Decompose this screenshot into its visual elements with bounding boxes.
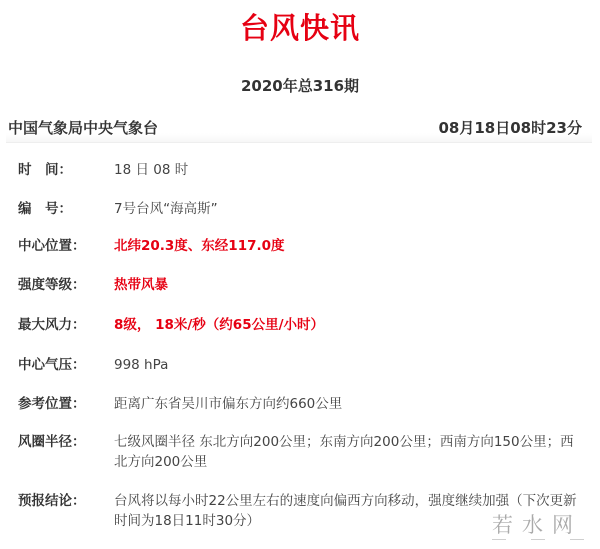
issue-number: 2020年总316期 <box>0 75 600 96</box>
info-value: 距离广东省吴川市偏东方向约660公里 <box>114 394 584 414</box>
watermark-underline <box>492 539 584 540</box>
info-value: 18 日 08 时 <box>114 160 584 180</box>
info-value: 热带风暴 <box>114 275 584 295</box>
info-label: 编 号： <box>18 199 110 219</box>
info-value: 998 hPa <box>114 355 584 375</box>
info-value: 8级， 18米/秒（约65公里/小时） <box>114 315 584 335</box>
info-value: 7号台风“海高斯” <box>114 199 584 219</box>
issuing-organization: 中国气象局中央气象台 <box>8 117 158 138</box>
info-label: 预报结论： <box>18 491 110 511</box>
bulletin-header: 中国气象局中央气象台 08月18日08时23分 <box>6 112 592 143</box>
issue-datetime: 08月18日08时23分 <box>439 117 583 138</box>
info-label: 最大风力： <box>18 315 110 335</box>
info-label: 中心位置： <box>18 236 110 256</box>
info-value: 北纬20.3度、东经117.0度 <box>114 236 584 256</box>
info-label: 风圈半径： <box>18 432 110 452</box>
info-label: 时 间： <box>18 160 110 180</box>
info-label: 参考位置： <box>18 394 110 414</box>
info-label: 中心气压： <box>18 355 110 375</box>
page-title: 台风快讯 <box>0 6 600 47</box>
info-label: 强度等级： <box>18 275 110 295</box>
info-value: 七级风圈半径 东北方向200公里；东南方向200公里；西南方向150公里；西北方… <box>114 432 584 472</box>
watermark-logo: 若水网 <box>492 512 592 546</box>
watermark-text: 若水网 <box>492 512 592 538</box>
